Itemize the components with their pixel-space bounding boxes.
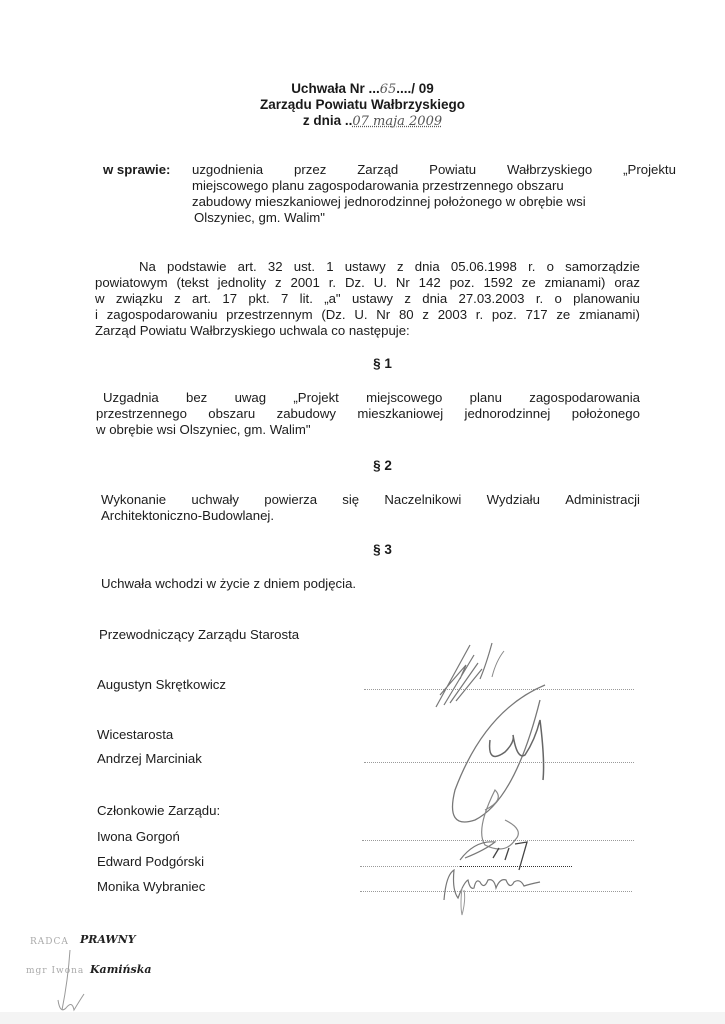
- word: 2001: [290, 275, 319, 291]
- word: uwag: [235, 390, 267, 406]
- word: (Dz.: [321, 307, 345, 323]
- date-prefix: z dnia ..: [303, 113, 353, 128]
- preamble-line-4: i zagospodarowaniu przestrzennym (Dz. U.…: [95, 307, 640, 323]
- section-1-line-2: przestrzennego obszaru zabudowy mieszkan…: [96, 406, 640, 422]
- resolution-number-handwritten: 65: [380, 82, 397, 97]
- word: zagospodarowania: [529, 390, 640, 406]
- vice-title: Wicestarosta: [97, 727, 173, 743]
- subject-line-1: uzgodnienia przez Zarząd Powiatu Wałbrzy…: [192, 162, 676, 178]
- section-1-line-1: Uzgadnia bez uwag „Projekt miejscowego p…: [103, 390, 640, 406]
- word: (tekst: [176, 275, 208, 291]
- chair-name: Augustyn Skrętkowicz: [97, 677, 226, 693]
- stamp-signature-icon: [50, 950, 90, 1015]
- word: przestrzennego: [96, 406, 187, 422]
- word: o: [547, 259, 554, 275]
- word: jednolity: [218, 275, 266, 291]
- subject-line-2: miejscowego planu zagospodarowania przes…: [192, 178, 564, 194]
- word: uzgodnienia: [192, 162, 263, 178]
- word: z: [404, 291, 411, 307]
- word: zagospodarowaniu: [107, 307, 218, 323]
- word: ze: [522, 275, 536, 291]
- word: art.: [192, 291, 211, 307]
- stamp-line-2: Kamińska: [90, 963, 151, 976]
- resolution-number-suffix: ..../ 09: [396, 81, 434, 96]
- word: Wydziału: [487, 492, 540, 508]
- word: 17: [222, 291, 237, 307]
- word: ustawy: [352, 291, 393, 307]
- word: U.: [354, 307, 367, 323]
- word: miejscowego: [366, 390, 442, 406]
- preamble-line-1: Na podstawie art. 32 ust. 1 ustawy z dni…: [139, 259, 640, 275]
- word: r.: [536, 291, 543, 307]
- word: związku: [116, 291, 163, 307]
- word: 27.03.2003: [459, 291, 525, 307]
- member-name-2: Edward Podgórski: [97, 854, 204, 870]
- subject-line-3: zabudowy mieszkaniowej jednorodzinnej po…: [192, 194, 586, 210]
- word: mieszkaniowej: [357, 406, 443, 422]
- issuing-body: Zarządu Powiatu Wałbrzyskiego: [0, 96, 725, 113]
- word: samorządzie: [565, 259, 640, 275]
- word: „a": [324, 291, 340, 307]
- word: poz.: [492, 307, 517, 323]
- section-1-title: § 1: [0, 356, 725, 371]
- word: Administracji: [565, 492, 640, 508]
- word: „Projektu: [623, 162, 676, 178]
- word: lit.: [300, 291, 313, 307]
- word: r.: [329, 275, 336, 291]
- word: planowaniu: [573, 291, 640, 307]
- word: „Projekt: [293, 390, 338, 406]
- word: Nr: [376, 307, 390, 323]
- word: ze: [556, 307, 570, 323]
- subject-label: w sprawie:: [103, 162, 170, 178]
- word: r.: [528, 259, 535, 275]
- word: Nr: [396, 275, 410, 291]
- word: ust.: [294, 259, 315, 275]
- stamp-line-1: PRAWNY: [80, 933, 136, 946]
- vice-name: Andrzej Marciniak: [97, 751, 202, 767]
- word: zabudowy: [277, 406, 336, 422]
- word: ustawy: [345, 259, 386, 275]
- word: r.: [476, 307, 483, 323]
- resolution-number-prefix: Uchwała Nr ...: [291, 81, 380, 96]
- word: Naczelnikowi: [384, 492, 461, 508]
- subject-line-4: Olszyniec, gm. Walim": [194, 210, 325, 226]
- word: Na: [139, 259, 156, 275]
- word: z: [397, 259, 404, 275]
- word: dnia: [422, 291, 447, 307]
- word: U.: [374, 275, 387, 291]
- date-handwritten: 07 maja 2009: [352, 114, 442, 129]
- preamble-line-5: Zarząd Powiatu Wałbrzyskiego uchwala co …: [95, 323, 410, 339]
- word: 1: [326, 259, 333, 275]
- word: poz.: [450, 275, 475, 291]
- member-3-signature-icon: [440, 860, 580, 920]
- word: pkt.: [248, 291, 269, 307]
- word: art.: [238, 259, 257, 275]
- word: dnia: [415, 259, 440, 275]
- word: zmianami): [579, 307, 640, 323]
- word: 2003: [438, 307, 467, 323]
- preamble-line-2: powiatowym (tekst jednolity z 2001 r. Dz…: [95, 275, 640, 291]
- word: się: [342, 492, 359, 508]
- word: oraz: [614, 275, 640, 291]
- section-3-line-1: Uchwała wchodzi w życie z dniem podjęcia…: [101, 576, 356, 592]
- word: 32: [268, 259, 283, 275]
- document-page: Uchwała Nr ...65..../ 09 Zarządu Powiatu…: [0, 0, 725, 1024]
- word: w: [95, 291, 105, 307]
- member-name-1: Iwona Gorgoń: [97, 829, 180, 845]
- scan-edge: [0, 1012, 725, 1024]
- word: położonego: [572, 406, 640, 422]
- word: bez: [186, 390, 207, 406]
- word: o: [555, 291, 562, 307]
- word: 05.06.1998: [451, 259, 517, 275]
- section-2-line-2: Architektoniczno-Budowlanej.: [101, 508, 274, 524]
- word: z: [275, 275, 282, 291]
- section-2-line-1: Wykonanie uchwały powierza się Naczelnik…: [101, 492, 640, 508]
- word: jednorodzinnej: [465, 406, 551, 422]
- word: 7: [281, 291, 288, 307]
- section-1-line-3: w obrębie wsi Olszyniec, gm. Walim": [96, 422, 311, 438]
- word: Zarząd: [357, 162, 398, 178]
- word: Wykonanie: [101, 492, 166, 508]
- word: z: [174, 291, 181, 307]
- word: i: [95, 307, 98, 323]
- word: Wałbrzyskiego: [507, 162, 592, 178]
- word: Dz.: [345, 275, 365, 291]
- section-2-title: § 2: [0, 458, 725, 473]
- stamp-faint-line-1: RADCA: [30, 937, 69, 947]
- word: zmianami): [545, 275, 606, 291]
- word: uchwały: [191, 492, 239, 508]
- word: Powiatu: [429, 162, 476, 178]
- word: 142: [419, 275, 441, 291]
- word: planu: [470, 390, 502, 406]
- word: przez: [294, 162, 326, 178]
- chair-title: Przewodniczący Zarządu Starosta: [99, 627, 299, 643]
- member-name-3: Monika Wybraniec: [97, 879, 205, 895]
- word: z: [422, 307, 429, 323]
- word: obszaru: [208, 406, 255, 422]
- word: 717: [526, 307, 548, 323]
- preamble-line-3: w związku z art. 17 pkt. 7 lit. „a" usta…: [95, 291, 640, 307]
- word: podstawie: [167, 259, 226, 275]
- members-title: Członkowie Zarządu:: [97, 803, 220, 819]
- word: powierza: [264, 492, 317, 508]
- word: 80: [399, 307, 414, 323]
- word: powiatowym: [95, 275, 168, 291]
- word: Uzgadnia: [103, 390, 159, 406]
- word: 1592: [483, 275, 512, 291]
- section-3-title: § 3: [0, 542, 725, 557]
- resolution-date-line: z dnia ..07 maja 2009: [0, 112, 725, 130]
- word: przestrzennym: [226, 307, 312, 323]
